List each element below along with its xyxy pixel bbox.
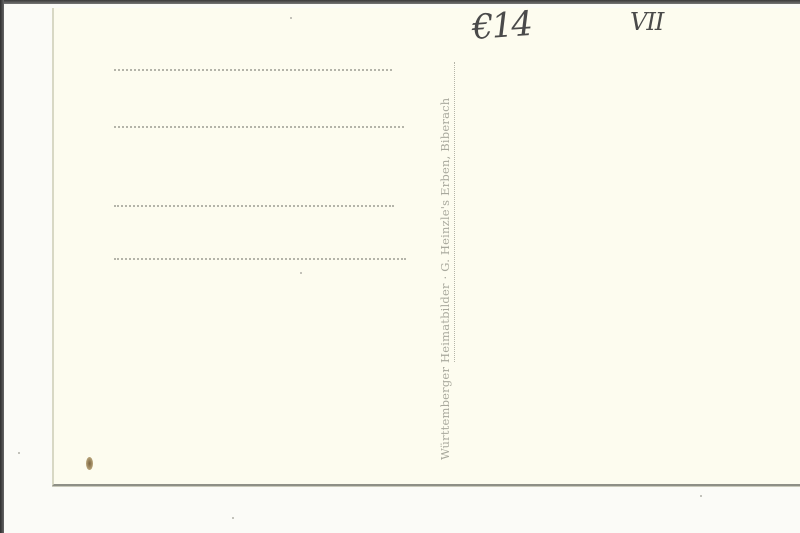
address-line-2	[114, 126, 404, 128]
speck	[232, 517, 234, 519]
speck	[18, 452, 20, 454]
address-line-3	[114, 205, 394, 207]
stain-spot	[86, 457, 93, 470]
handwritten-mark: VII	[630, 8, 663, 36]
scan-edge-top	[0, 0, 800, 4]
postcard-back	[52, 8, 800, 486]
speck	[290, 17, 292, 19]
publisher-imprint: Württemberger Heimatbilder · G. Heinzle'…	[438, 98, 452, 460]
stamp-divider	[454, 62, 455, 362]
speck	[300, 272, 302, 274]
address-line-4	[114, 258, 406, 260]
scan-edge-left	[0, 0, 4, 533]
speck	[700, 495, 702, 497]
address-line-1	[114, 69, 392, 71]
handwritten-price: €14	[471, 4, 533, 48]
